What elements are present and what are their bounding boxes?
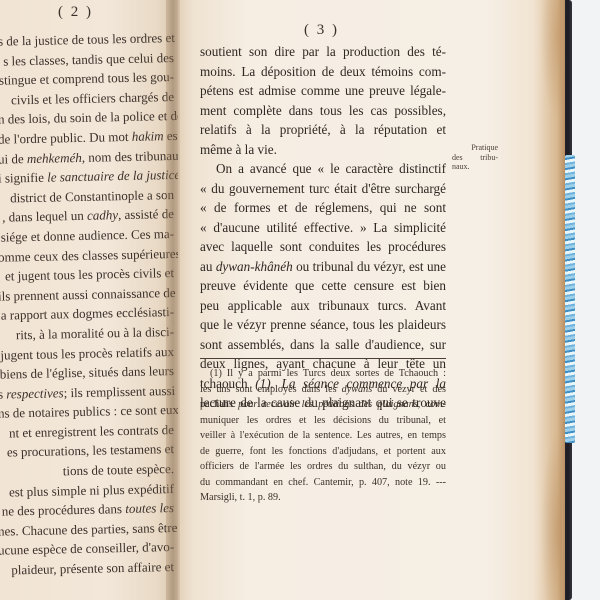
margin-note-line: des tribu- (452, 153, 498, 163)
margin-note: Pratiquedes tribu-naux. (452, 143, 498, 172)
text-line: relatifs à la propriété, à la réputation… (200, 120, 446, 140)
left-page: ( 2 ) s de la justice de tous les ordres… (0, 0, 178, 600)
margin-note-line: Pratique (452, 143, 498, 153)
text-line: même à la vie. (200, 140, 446, 160)
footnote-line: du commandant en chef. Cantemir, p. 407,… (200, 475, 446, 491)
book-photo: ( 2 ) s de la justice de tous les ordres… (0, 0, 600, 600)
text-line: au dywan-khânéh ou tribunal du vézyr, es… (200, 257, 446, 277)
text-line: peu applicable aux tribunaux turcs. Avan… (200, 296, 446, 316)
footnote-line: les uns sont employés dans les dywans du… (200, 382, 446, 398)
text-line: « de formes et de réglemens, qui ne sont (200, 198, 446, 218)
footnote-line: pachahs pour recevoir les pétitions des … (200, 397, 446, 413)
footnote-text: (1) Il y a parmi les Turcs deux sortes d… (200, 366, 446, 506)
footnote-line: officiers de l'armée les ordres du sulth… (200, 459, 446, 475)
footnote-line: (1) Il y a parmi les Turcs deux sortes d… (200, 366, 446, 382)
book-gutter (166, 0, 180, 600)
footnote-divider (200, 358, 446, 359)
margin-note-line: naux. (452, 162, 498, 172)
text-line: « du gouvernement turc était d'être surc… (200, 179, 446, 199)
text-line: preuve évidente que cette censure est bi… (200, 276, 446, 296)
text-line: avec laquelle sont conduites les procédu… (200, 237, 446, 257)
text-line: moins. La déposition de deux témoins com… (200, 62, 446, 82)
right-page-number: ( 3 ) (304, 22, 339, 39)
left-page-text: s de la justice de tous les ordres ets l… (0, 28, 174, 577)
text-line: que le vézyr prenne séance, tous les pla… (200, 315, 446, 335)
page-stain (540, 430, 562, 600)
footnote-line: de guerre, font les fonctions d'adjudans… (200, 444, 446, 460)
marbled-page-edge (565, 155, 575, 443)
text-line: pétens est admise comme une preuve légal… (200, 81, 446, 101)
text-line: soutient son dire par la production des … (200, 42, 446, 62)
text-line: « d'aucune utilité effective. » La simpl… (200, 218, 446, 238)
footnote-line: Marsigli, t. 1, p. 89. (200, 490, 446, 506)
text-line: On a avancé que « le caractère distincti… (200, 159, 446, 179)
page-stain (540, 0, 562, 120)
text-line: plaideur, présente son affaire et (0, 557, 174, 580)
footnote-line: muniquer les ordres et les décisions du … (200, 413, 446, 429)
footnote-line: veiller à l'exécution de la sentence. Le… (200, 428, 446, 444)
text-line: sont assemblés, dans la salle d'audience… (200, 335, 446, 355)
text-line: ment complète dans tous les cas possible… (200, 101, 446, 121)
right-page-text: soutient son dire par la production des … (200, 42, 446, 413)
left-page-number: ( 2 ) (58, 4, 93, 21)
